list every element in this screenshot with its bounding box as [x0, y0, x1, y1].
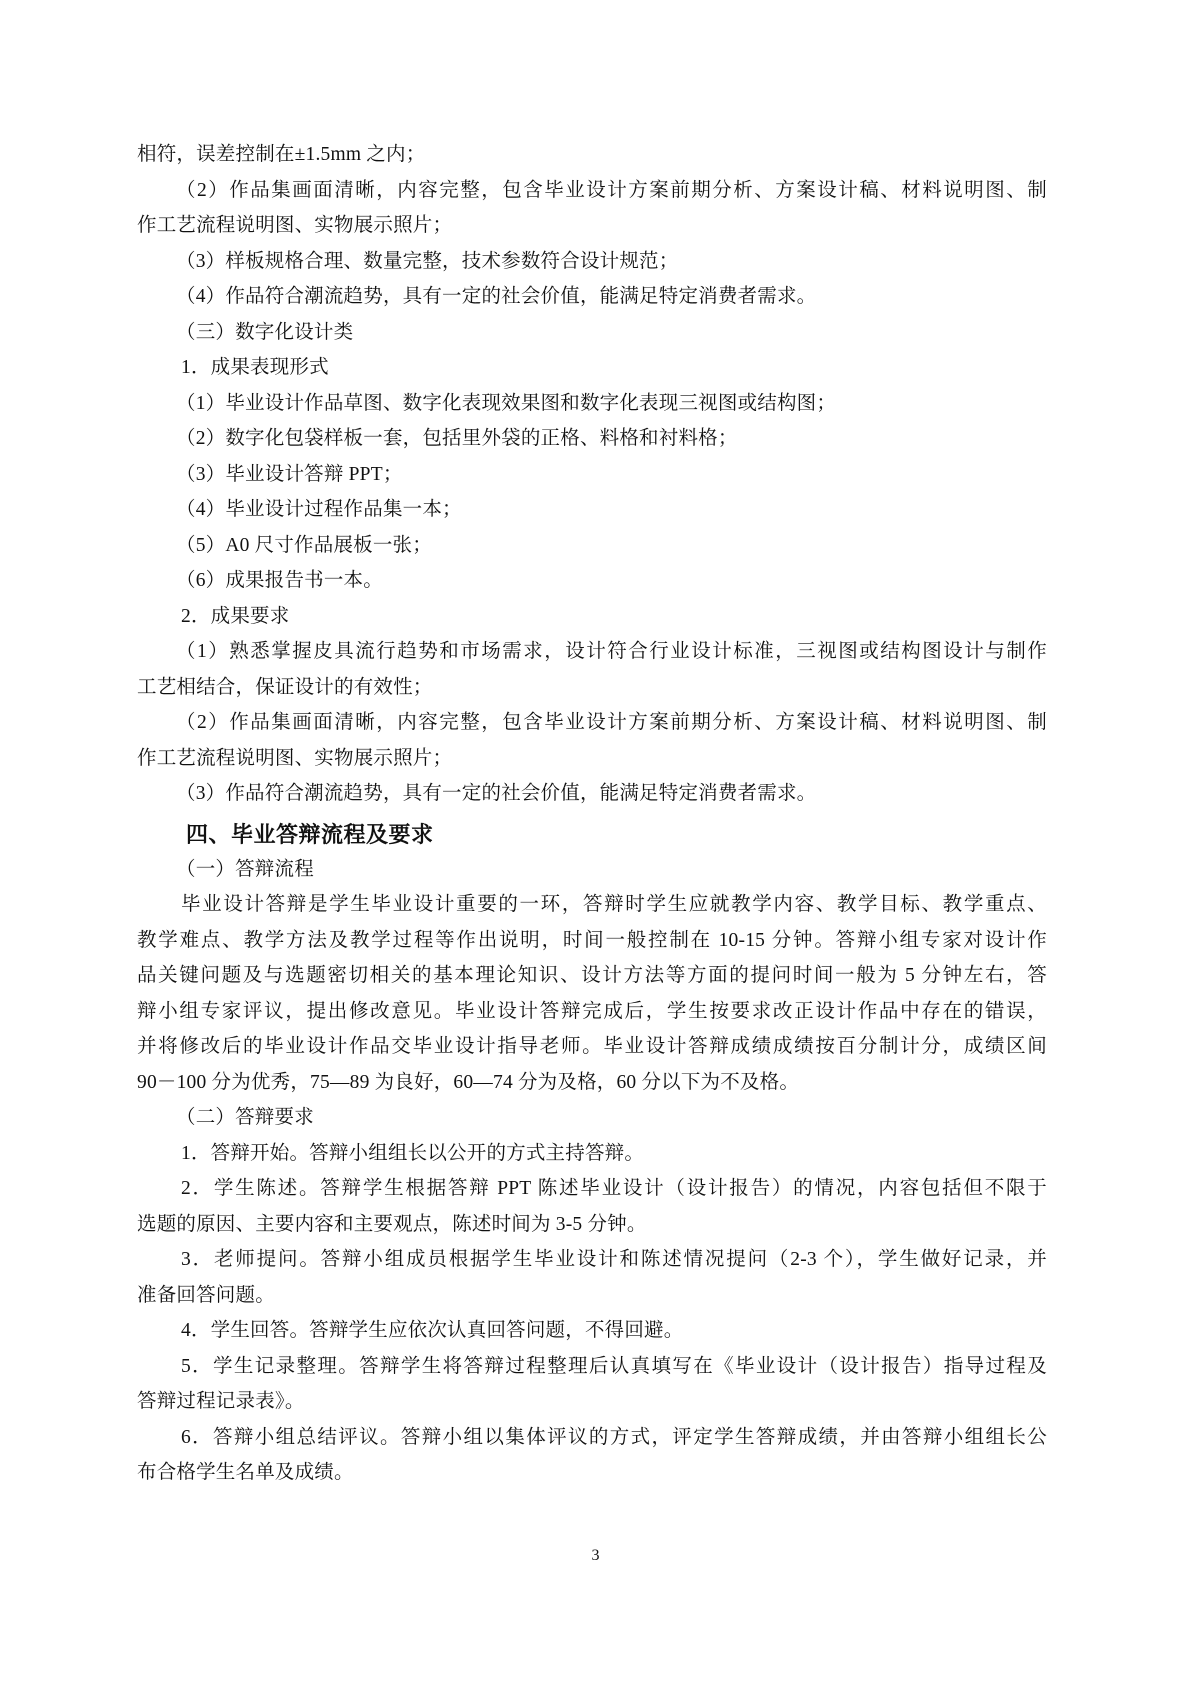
text-line: 2．学生陈述。答辩学生根据答辩 PPT 陈述毕业设计（设计报告）的情况，内容包括… — [181, 1176, 1047, 1202]
text-line: （5）A0 尺寸作品展板一张； — [176, 533, 1047, 559]
text-line: 准备回答问题。 — [137, 1283, 1047, 1309]
text-line: （3）作品符合潮流趋势，具有一定的社会价值，能满足特定消费者需求。 — [176, 781, 1047, 807]
text-line: 4．学生回答。答辩学生应依次认真回答问题，不得回避。 — [181, 1318, 1047, 1344]
text-line: 1．答辩开始。答辩小组组长以公开的方式主持答辩。 — [181, 1141, 1047, 1167]
document-page: 相符，误差控制在±1.5mm 之内；（2）作品集画面清晰，内容完整，包含毕业设计… — [0, 0, 1191, 1684]
text-line: 相符，误差控制在±1.5mm 之内； — [137, 142, 1047, 168]
text-line: （2）数字化包袋样板一套，包括里外袋的正格、料格和衬料格； — [176, 426, 1047, 452]
text-line: （6）成果报告书一本。 — [176, 568, 1047, 594]
text-line: 布合格学生名单及成绩。 — [137, 1460, 1047, 1486]
text-line: 90－100 分为优秀，75—89 为良好，60—74 分为及格，60 分以下为… — [137, 1070, 1047, 1096]
text-line: 教学难点、教学方法及教学过程等作出说明，时间一般控制在 10-15 分钟。答辩小… — [137, 928, 1047, 954]
text-line: 选题的原因、主要内容和主要观点，陈述时间为 3-5 分钟。 — [137, 1212, 1047, 1238]
text-line: 作工艺流程说明图、实物展示照片； — [137, 746, 1047, 772]
text-line: （三）数字化设计类 — [176, 320, 1047, 346]
page-number: 3 — [0, 1546, 1191, 1566]
text-line: （2）作品集画面清晰，内容完整，包含毕业设计方案前期分析、方案设计稿、材料说明图… — [176, 710, 1047, 736]
text-line: （3）毕业设计答辩 PPT； — [176, 462, 1047, 488]
text-line: 工艺相结合，保证设计的有效性； — [137, 675, 1047, 701]
text-line: 品关键问题及与选题密切相关的基本理论知识、设计方法等方面的提问时间一般为 5 分… — [137, 963, 1047, 989]
text-line: 作工艺流程说明图、实物展示照片； — [137, 213, 1047, 239]
text-line: 2．成果要求 — [181, 604, 1047, 630]
text-line: （2）作品集画面清晰，内容完整，包含毕业设计方案前期分析、方案设计稿、材料说明图… — [176, 178, 1047, 204]
text-line: （1）毕业设计作品草图、数字化表现效果图和数字化表现三视图或结构图； — [176, 391, 1047, 417]
text-line: 辩小组专家评议，提出修改意见。毕业设计答辩完成后，学生按要求改正设计作品中存在的… — [137, 999, 1047, 1025]
text-line: （1）熟悉掌握皮具流行趋势和市场需求，设计符合行业设计标准，三视图或结构图设计与… — [176, 639, 1047, 665]
section-heading: 四、毕业答辩流程及要求 — [186, 822, 434, 850]
text-line: （二）答辩要求 — [176, 1105, 1047, 1131]
text-line: 毕业设计答辩是学生毕业设计重要的一环，答辩时学生应就教学内容、教学目标、教学重点… — [181, 892, 1047, 918]
text-line: 答辩过程记录表》。 — [137, 1389, 1047, 1415]
text-line: 并将修改后的毕业设计作品交毕业设计指导老师。毕业设计答辩成绩成绩按百分制计分，成… — [137, 1034, 1047, 1060]
text-line: （一）答辩流程 — [176, 857, 1047, 883]
text-line: 6．答辩小组总结评议。答辩小组以集体评议的方式，评定学生答辩成绩，并由答辩小组组… — [181, 1425, 1047, 1451]
text-line: 3．老师提问。答辩小组成员根据学生毕业设计和陈述情况提问（2-3 个），学生做好… — [181, 1247, 1047, 1273]
text-line: （4）毕业设计过程作品集一本； — [176, 497, 1047, 523]
text-line: （3）样板规格合理、数量完整，技术参数符合设计规范； — [176, 249, 1047, 275]
text-line: 5．学生记录整理。答辩学生将答辩过程整理后认真填写在《毕业设计（设计报告）指导过… — [181, 1354, 1047, 1380]
text-line: 1．成果表现形式 — [181, 355, 1047, 381]
text-line: （4）作品符合潮流趋势，具有一定的社会价值，能满足特定消费者需求。 — [176, 284, 1047, 310]
